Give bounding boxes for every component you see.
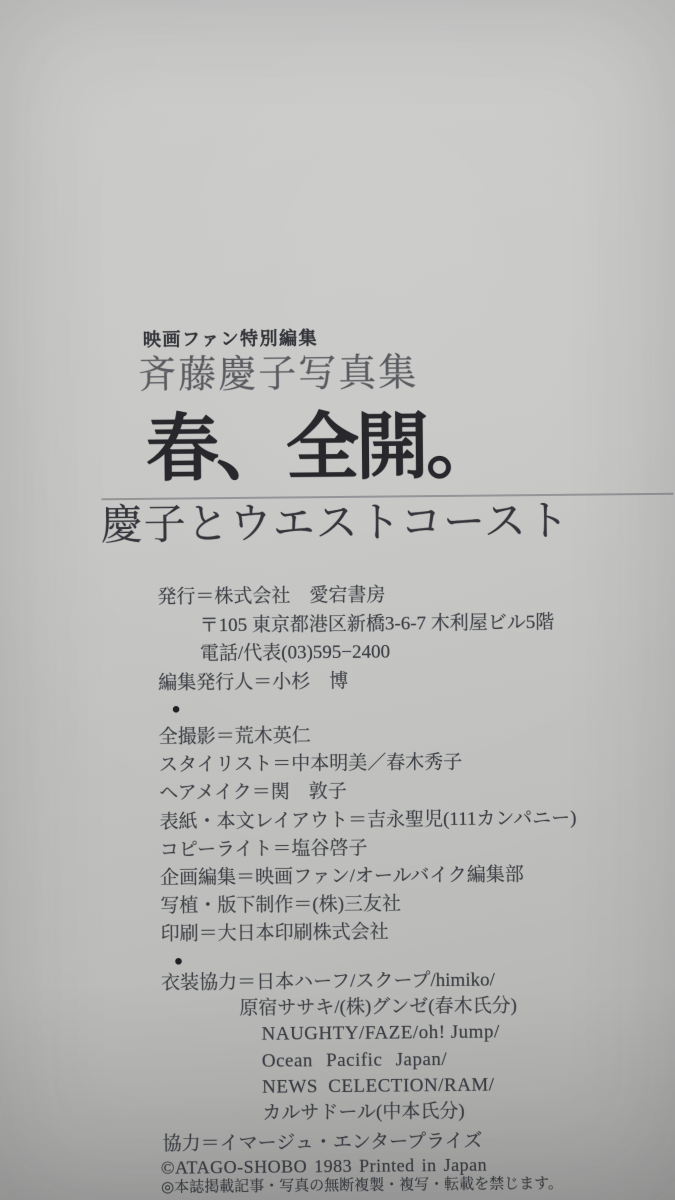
- publisher-phone: 電話/代表(03)595−2400: [200, 637, 555, 669]
- copywriting-credit: コピーライト＝塩谷啓子: [160, 833, 577, 865]
- planning-editing-credit: 企画編集＝映画ファン/オールバイク編集部: [160, 861, 577, 893]
- subtitle: 慶子とウエストコースト: [100, 497, 570, 552]
- cooperation-credit: 協力＝イマージュ・エンタープライズ: [163, 1131, 483, 1156]
- printing-credit: 印刷＝大日本印刷株式会社: [160, 917, 577, 949]
- costume-credit-line: カルサドール(中本氏分): [262, 1098, 518, 1127]
- costume-credit-line: Ocean Pacific Japan/: [262, 1046, 518, 1075]
- book-colophon-page-photo: 映画ファン特別編集 斉藤慶子写真集 春、全開。 慶子とウエストコースト 発行＝株…: [0, 0, 675, 1200]
- edition-label: 映画ファン特別編集: [143, 328, 318, 350]
- reproduction-notice: ◎本誌掲載記事・写真の無断複製・複写・転載を禁じます。: [161, 1176, 563, 1196]
- hair-makeup-credit: ヘアメイク＝関 敦子: [159, 776, 576, 808]
- costume-credit-line: NAUGHTY/FAZE/oh! Jump/: [261, 1020, 517, 1049]
- photography-credit: 全撮影＝荒木英仁: [159, 720, 576, 752]
- costume-credits-block: 衣装協力＝日本ハーフ/スクープ/himiko/ 原宿ササキ/(株)グンゼ(春木氏…: [161, 967, 518, 1128]
- costume-credit-line: 衣装協力＝日本ハーフ/スクープ/himiko/: [161, 967, 517, 997]
- copyright-line: ©ATAGO-SHOBO 1983 Printed in Japan: [161, 1156, 487, 1177]
- publisher-address: 〒105 東京都港区新橋3-6-7 木利屋ビル5階: [200, 608, 555, 640]
- typesetting-credit: 写植・版下制作＝(株)三友社: [160, 889, 577, 921]
- section-bullet-icon: ●: [171, 703, 180, 718]
- publisher-line: 発行＝株式会社 愛宕書房: [157, 580, 554, 612]
- costume-credit-line: NEWS CELECTION/RAM/: [262, 1072, 518, 1101]
- page-content: 映画ファン特別編集 斉藤慶子写真集 春、全開。 慶子とウエストコースト 発行＝株…: [0, 0, 675, 1200]
- editor-publisher-line: 編集発行人＝小杉 博: [158, 665, 555, 697]
- section-bullet-icon: ●: [174, 954, 183, 969]
- costume-credit-line: 原宿ササキ/(株)グンゼ(春木氏分): [239, 993, 517, 1022]
- stylist-credit: スタイリスト＝中本明美／春木秀子: [159, 748, 576, 780]
- page-title: 春、全開。: [146, 402, 497, 493]
- staff-credits-block: 全撮影＝荒木英仁 スタイリスト＝中本明美／春木秀子 ヘアメイク＝関 敦子 表紙・…: [159, 720, 578, 950]
- publisher-block: 発行＝株式会社 愛宕書房 〒105 東京都港区新橋3-6-7 木利屋ビル5階 電…: [157, 580, 555, 698]
- series-title: 斉藤慶子写真集: [138, 351, 418, 398]
- layout-credit: 表紙・本文レイアウト＝吉永聖児(111カンパニー): [159, 804, 576, 836]
